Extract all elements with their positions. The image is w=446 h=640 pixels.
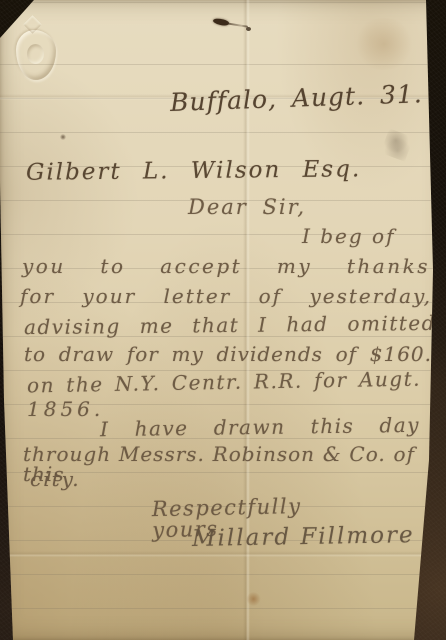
letter-body-line: you to accept my thanks: [22, 256, 430, 276]
letter-body-line: on the N.Y. Centr. R.R. for Augt.: [27, 369, 421, 396]
letter-body-line: I have drawn this day: [100, 415, 420, 439]
fold-crease-horizontal-bottom: [0, 551, 446, 557]
letter-body-line: to draw for my dividends of $160.: [24, 344, 432, 364]
letter-body-line: city.: [30, 469, 81, 489]
letter-paper: Buffalo, Augt. 31. 1858. Gilbert L. Wils…: [0, 0, 446, 640]
ink-blot-dot: [246, 27, 251, 31]
letter-body-line: I beg of: [302, 226, 430, 246]
signature-line: Millard Fillmore: [192, 524, 420, 551]
letter-body-line: through Messrs. Robinson & Co. of this: [23, 444, 415, 484]
letter-body-line: for your letter of yesterday,: [20, 286, 432, 306]
salutation-line: Dear Sir,: [188, 197, 306, 218]
stain-spot: [246, 592, 261, 606]
embossed-seal-core: [27, 44, 44, 64]
stain-spot: [352, 18, 416, 70]
photo-frame: Buffalo, Augt. 31. 1858. Gilbert L. Wils…: [0, 0, 446, 640]
stain-spot: [60, 134, 66, 140]
letter-body-line: advising me that I had omitted: [24, 313, 436, 337]
letter-body-line: 1856.: [27, 399, 104, 419]
recipient-line: Gilbert L. Wilson Esq.: [26, 158, 361, 185]
